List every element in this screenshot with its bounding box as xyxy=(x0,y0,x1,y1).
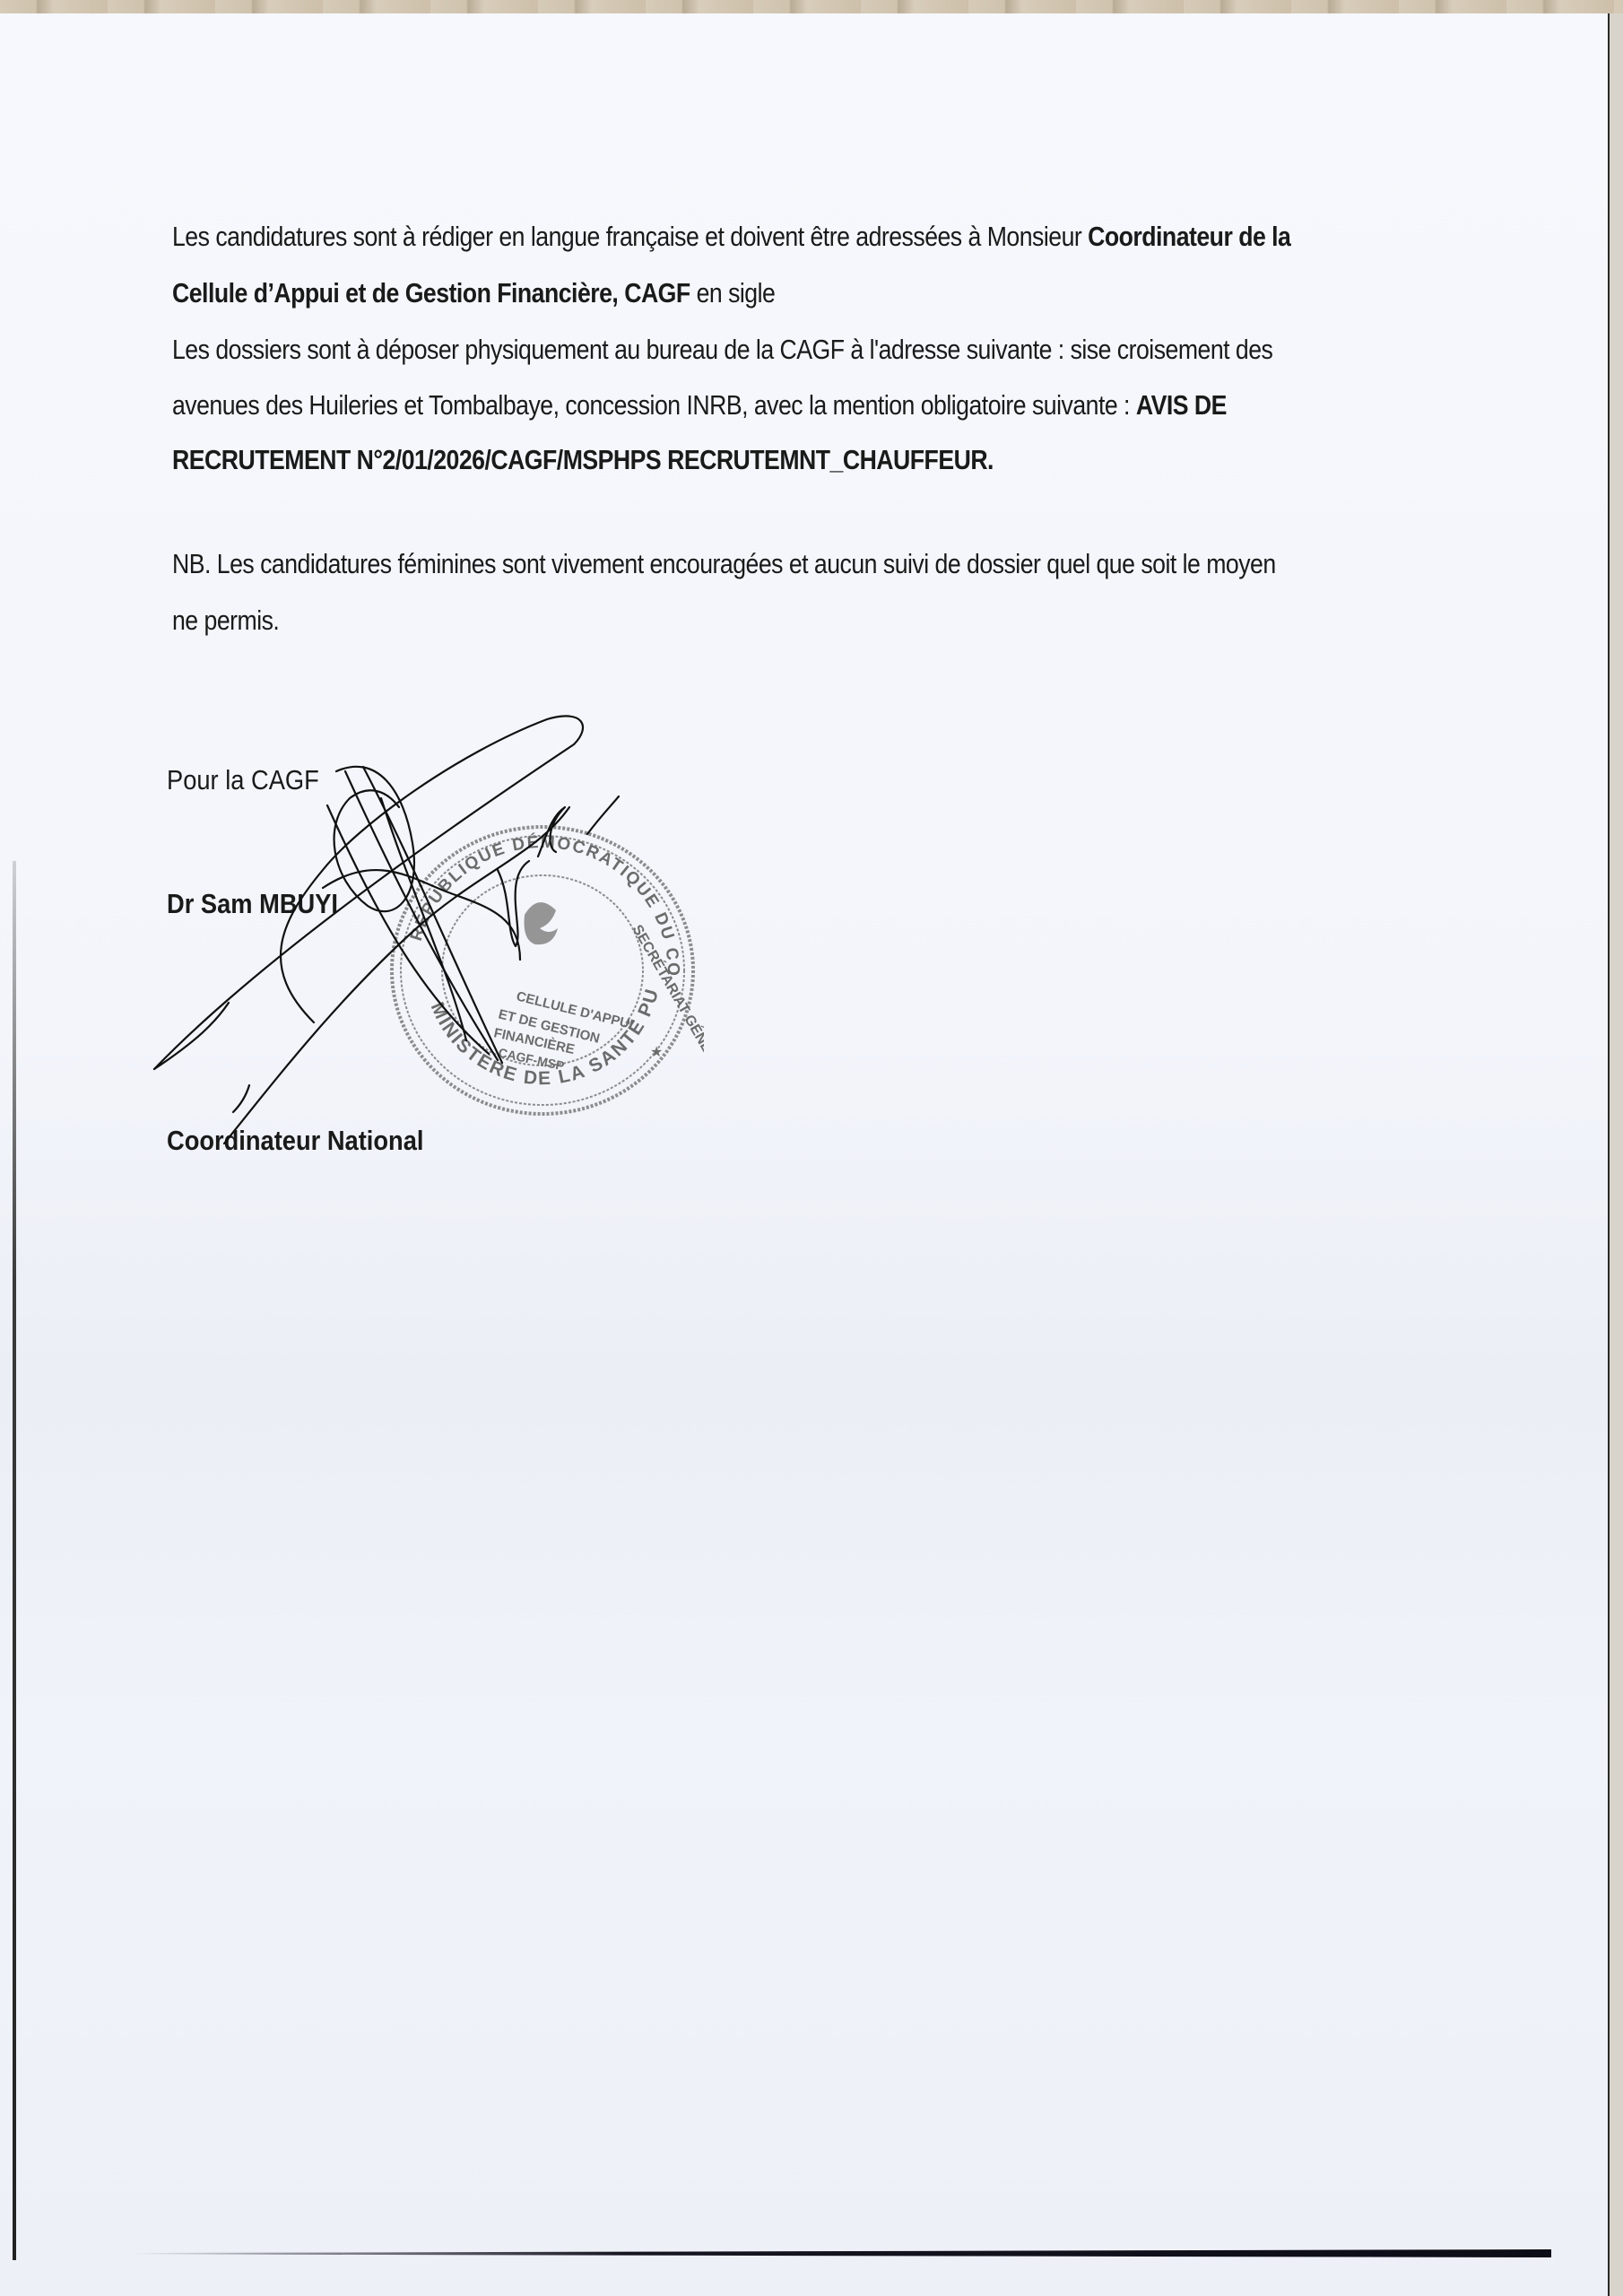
organization-name-bold: Cellule d’Appui et de Gestion Financière… xyxy=(172,277,690,309)
scanner-background-strip xyxy=(0,0,1623,13)
paragraph-2-line-3: RECRUTEMENT N°2/01/2026/CAGF/MSPHPS RECR… xyxy=(172,444,1267,476)
recruitment-reference-bold: RECRUTEMENT N°2/01/2026/CAGF/MSPHPS RECR… xyxy=(172,444,994,475)
note-line-2: ne permis. xyxy=(172,604,1267,637)
note-line-1-text: NB. Les candidatures féminines sont vive… xyxy=(172,548,1276,579)
page-right-edge xyxy=(1608,13,1623,2296)
scan-edge-shadow xyxy=(13,861,16,2260)
handwritten-signature xyxy=(143,700,681,1184)
paragraph-1-line-1-text: Les candidatures sont à rédiger en langu… xyxy=(172,221,1088,252)
addressee-bold: Coordinateur de la xyxy=(1088,221,1290,252)
paragraph-2-line-1: Les dossiers sont à déposer physiquement… xyxy=(172,334,1267,366)
paragraph-1-line-2-text: en sigle xyxy=(690,277,776,309)
paragraph-2-line-2-text: avenues des Huileries et Tombalbaye, con… xyxy=(172,389,1136,421)
paragraph-1-line-2: Cellule d’Appui et de Gestion Financière… xyxy=(172,277,1267,309)
note-line-1: NB. Les candidatures féminines sont vive… xyxy=(172,548,1267,580)
paragraph-1-line-1: Les candidatures sont à rédiger en langu… xyxy=(172,221,1267,253)
paragraph-2-line-1-text: Les dossiers sont à déposer physiquement… xyxy=(172,334,1272,365)
mention-bold-start: AVIS DE xyxy=(1136,389,1227,421)
paragraph-2-line-2: avenues des Huileries et Tombalbaye, con… xyxy=(172,389,1267,422)
note-line-2-text: ne permis. xyxy=(172,604,279,636)
